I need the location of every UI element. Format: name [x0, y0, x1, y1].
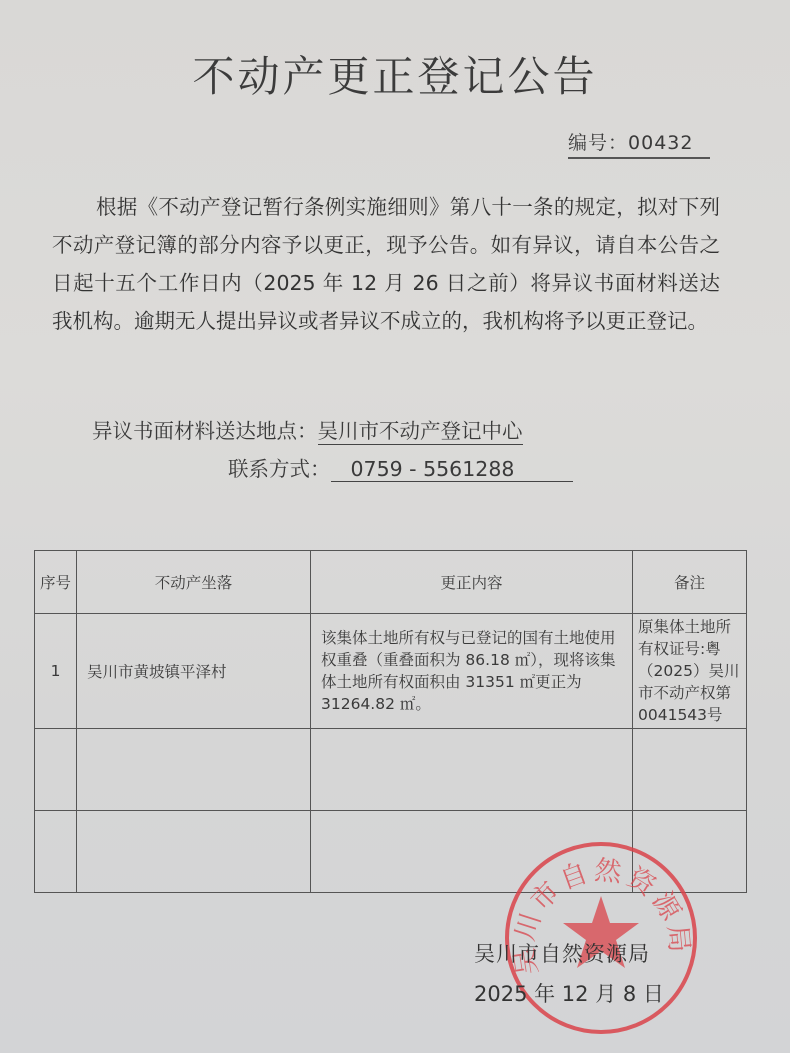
issue-date: 2025 年 12 月 8 日	[474, 978, 664, 1008]
contact-label: 联系方式：	[228, 457, 331, 481]
contact-info: 联系方式：0759 - 5561288	[228, 452, 573, 482]
body-paragraph: 根据《不动产登记暂行条例实施细则》第八十一条的规定，拟对下列不动产登记簿的部分内…	[52, 188, 720, 340]
objection-address: 异议书面材料送达地点：吴川市不动产登记中心	[92, 414, 523, 444]
objection-address-label: 异议书面材料送达地点：	[92, 419, 318, 443]
cell-note: 原集体土地所有权证号:粤（2025）吴川市不动产权第0041543号	[633, 614, 747, 729]
document-number-label: 编号：	[568, 132, 628, 154]
cell-location	[77, 729, 311, 811]
contact-phone: 0759 - 5561288	[331, 457, 573, 482]
document-number-value: 00432	[628, 132, 693, 154]
objection-address-value: 吴川市不动产登记中心	[318, 419, 523, 445]
announcement-body: 根据《不动产登记暂行条例实施细则》第八十一条的规定，拟对下列不动产登记簿的部分内…	[52, 188, 720, 340]
table-header-row: 序号 不动产坐落 更正内容 备注	[35, 551, 747, 614]
table-row	[35, 729, 747, 811]
header-location: 不动产坐落	[77, 551, 311, 614]
header-serial: 序号	[35, 551, 77, 614]
cell-serial	[35, 811, 77, 893]
cell-content	[311, 729, 633, 811]
issuer-name: 吴川市自然资源局	[474, 938, 650, 968]
header-content: 更正内容	[311, 551, 633, 614]
page-title: 不动产更正登记公告	[0, 44, 790, 104]
cell-serial	[35, 729, 77, 811]
document-number: 编号：00432	[568, 128, 710, 159]
cell-note	[633, 729, 747, 811]
cell-location: 吴川市黄坡镇平泽村	[77, 614, 311, 729]
table-row: 1 吴川市黄坡镇平泽村 该集体土地所有权与已登记的国有土地使用权重叠（重叠面积为…	[35, 614, 747, 729]
cell-location	[77, 811, 311, 893]
cell-content: 该集体土地所有权与已登记的国有土地使用权重叠（重叠面积为 86.18 ㎡），现将…	[311, 614, 633, 729]
header-note: 备注	[633, 551, 747, 614]
cell-serial: 1	[35, 614, 77, 729]
